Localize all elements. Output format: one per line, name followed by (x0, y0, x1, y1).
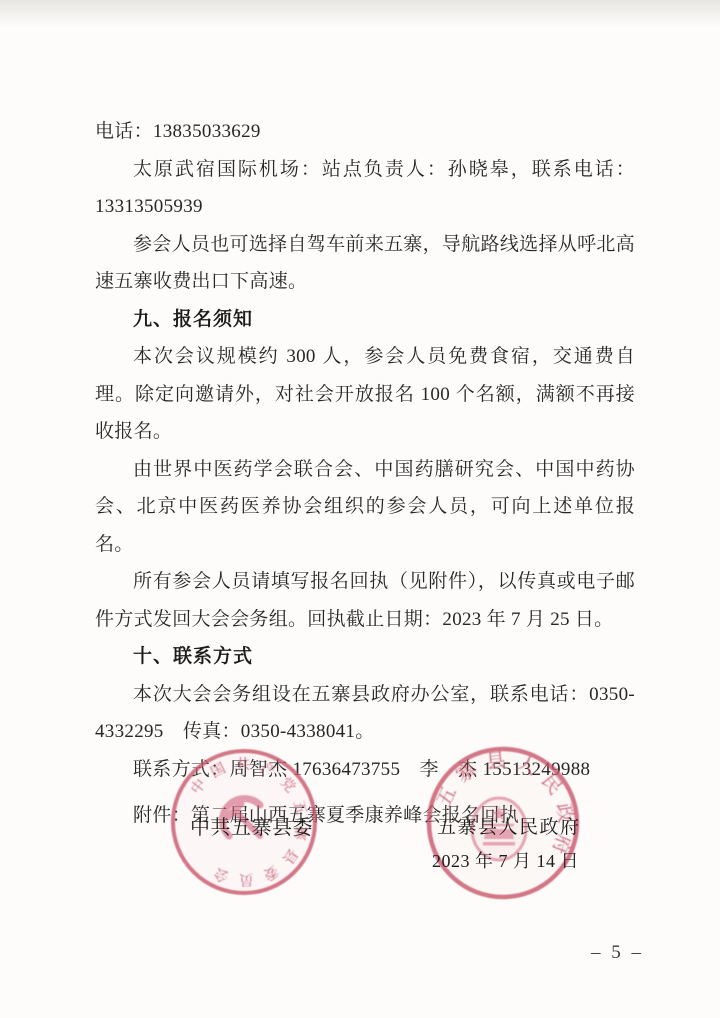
contact-persons-paragraph: 联系方式：周智杰 17636473755 李 杰 15513249988 (95, 751, 635, 789)
office-contact-paragraph: 本次大会会务组设在五寨县政府办公室，联系电话：0350-4332295 传真：0… (95, 676, 635, 751)
section-heading-registration-notes: 九、报名须知 (95, 301, 635, 339)
page-number: – 5 – (591, 942, 644, 964)
phone-line: 电话：13835033629 (95, 113, 635, 151)
government-seal-name-text: 五寨县人民政府 (437, 812, 581, 839)
section-heading-contact-info: 十、联系方式 (95, 638, 635, 676)
scanned-notice-page: 电话：13835033629 太原武宿国际机场：站点负责人：孙晓皋，联系电话：1… (0, 0, 720, 1018)
airport-contact-paragraph: 太原武宿国际机场：站点负责人：孙晓皋，联系电话：13313505939 (95, 151, 635, 226)
reply-form-paragraph: 所有参会人员请填写报名回执（见附件），以传真或电子邮件方式发回大会会务组。回执截… (95, 563, 635, 638)
organizations-paragraph: 由世界中医药学会联合会、中国药膳研究会、中国中药协会、北京中医药医养协会组织的参… (95, 451, 635, 564)
conference-scale-paragraph: 本次会议规模约 300 人，参会人员免费食宿，交通费自理。除定向邀请外，对社会开… (95, 338, 635, 451)
party-seal-overlay-text: 中共五寨县委 (190, 811, 313, 840)
seal-date-text: 2023 年 7 月 14 日 (432, 847, 579, 873)
document-body: 电话：13835033629 太原武宿国际机场：站点负责人：孙晓皋，联系电话：1… (95, 113, 635, 835)
self-drive-paragraph: 参会人员也可选择自驾车前来五寨，导航路线选择从呼北高速五寨收费出口下高速。 (95, 226, 635, 301)
